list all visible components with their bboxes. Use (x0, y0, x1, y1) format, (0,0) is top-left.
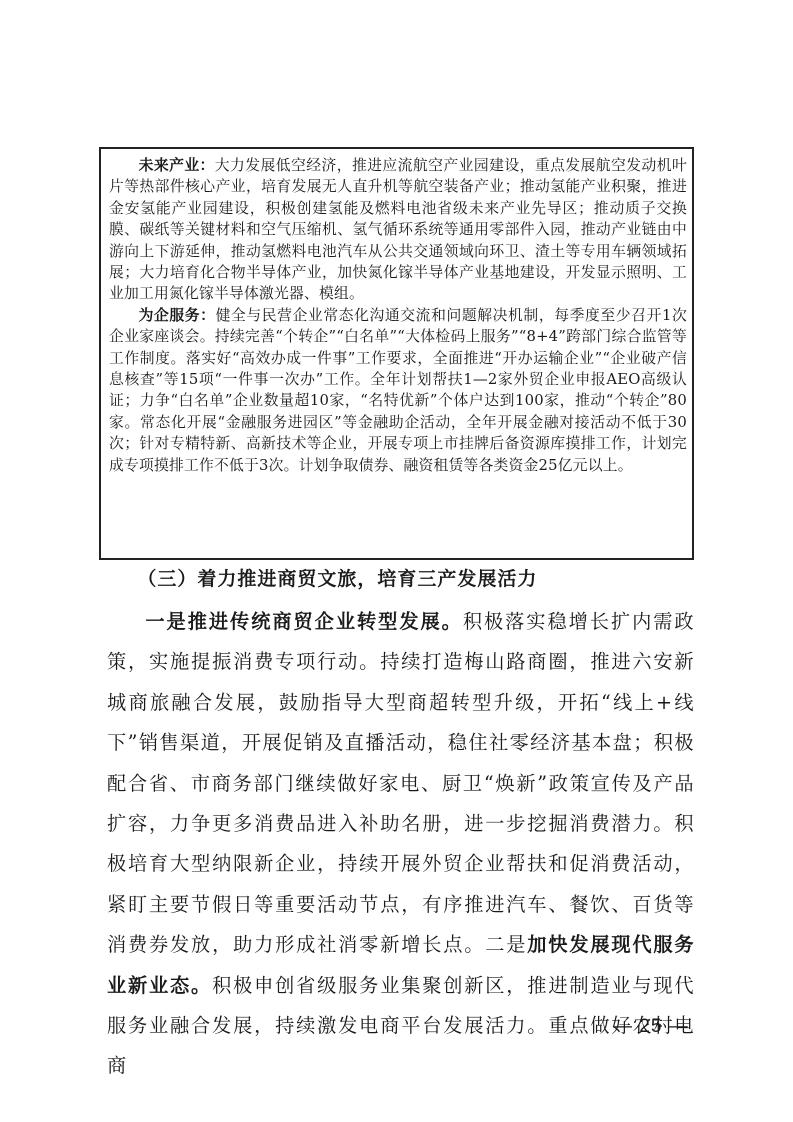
enterprise-service-paragraph: 为企服务：健全与民营企业常态化沟通交流和问题解决机制，每季度至少召开1次企业家座… (109, 305, 687, 476)
part1-lead: 一是推进传统商贸企业转型发展。 (145, 610, 462, 633)
highlight-box: 未来产业：大力发展低空经济，推进应流航空产业园建设，重点发展航空发动机叶片等热部… (99, 147, 694, 560)
future-industry-text: 大力发展低空经济，推进应流航空产业园建设，重点发展航空发动机叶片等热部件核心产业… (109, 157, 687, 302)
future-industry-paragraph: 未来产业：大力发展低空经济，推进应流航空产业园建设，重点发展航空发动机叶片等热部… (109, 155, 687, 305)
highlight-box-content: 未来产业：大力发展低空经济，推进应流航空产业园建设，重点发展航空发动机叶片等热部… (109, 155, 687, 476)
future-industry-label: 未来产业： (139, 157, 215, 174)
page-number: — 25 — (613, 1016, 689, 1038)
enterprise-service-label: 为企服务： (139, 307, 216, 324)
body-paragraph: 一是推进传统商贸企业转型发展。积极落实稳增长扩内需政策，实施提振消费专项行动。持… (107, 602, 695, 1087)
section-heading: （三）着力推进商贸文旅，培育三产发展活力 (107, 565, 697, 593)
part1-text: 积极落实稳增长扩内需政策，实施提振消费专项行动。持续打造梅山路商圈，推进六安新城… (107, 610, 695, 956)
enterprise-service-text: 健全与民营企业常态化沟通交流和问题解决机制，每季度至少召开1次企业家座谈会。持续… (109, 307, 687, 474)
part2-prefix: 二是 (485, 933, 527, 956)
section-body: 一是推进传统商贸企业转型发展。积极落实稳增长扩内需政策，实施提振消费专项行动。持… (107, 602, 695, 1087)
